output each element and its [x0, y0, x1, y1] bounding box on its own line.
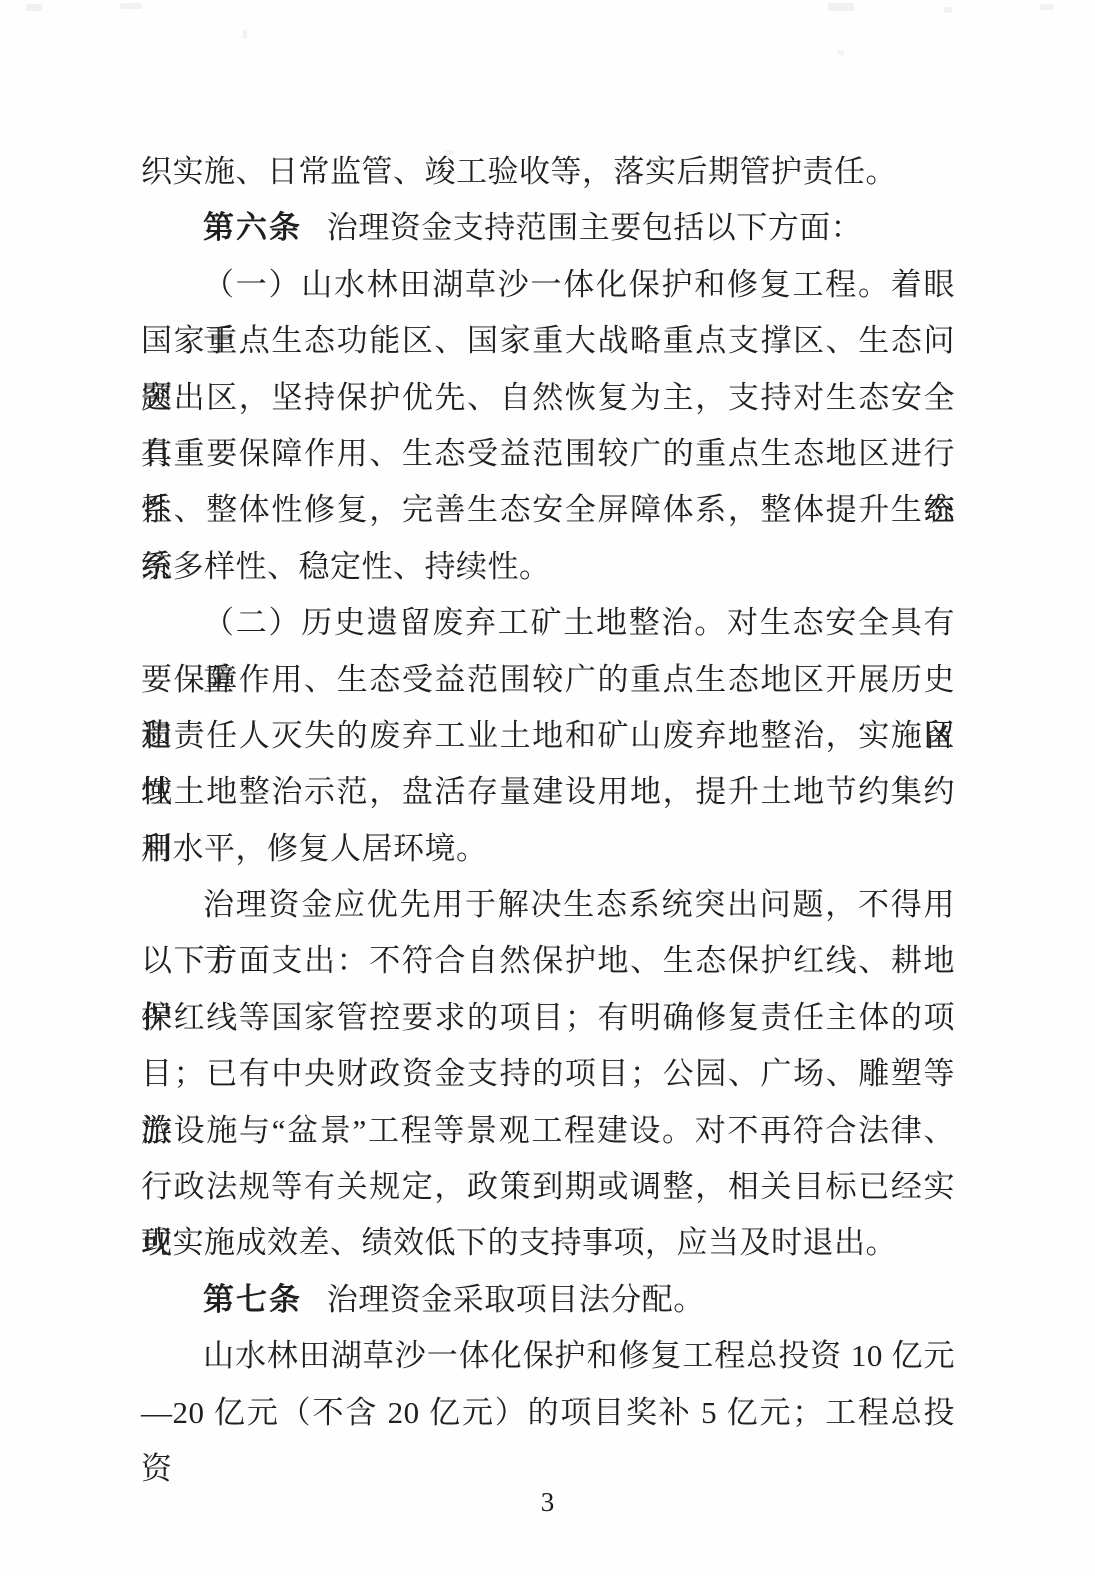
- text-line: 护红线等国家管控要求的项目；有明确修复责任主体的项: [141, 990, 955, 1046]
- scan-speck: [243, 30, 247, 39]
- text-line: 有重要保障作用、生态受益范围较广的重点生态地区进行系统: [141, 426, 955, 482]
- text-line: —20 亿元（不含 20 亿元）的项目奖补 5 亿元；工程总投资: [141, 1385, 955, 1441]
- text-line: 或实施成效差、绩效低下的支持事项，应当及时退出。: [141, 1215, 955, 1271]
- line-text: 或实施成效差、绩效低下的支持事项，应当及时退出。: [141, 1225, 897, 1260]
- text-line: 游设施与“盆景”工程等景观工程建设。对不再符合法律、: [141, 1103, 955, 1159]
- line-text: 织实施、日常监管、竣工验收等，落实后期管护责任。: [141, 154, 897, 189]
- text-line: （一）山水林田湖草沙一体化保护和修复工程。着眼于: [141, 257, 955, 313]
- scan-speck: [1040, 4, 1054, 10]
- line-text: 统多样性、稳定性、持续性。: [141, 549, 551, 584]
- article-number: 第六条: [203, 210, 302, 245]
- text-line: 统多样性、稳定性、持续性。: [141, 539, 955, 595]
- text-line-article-7: 第七条治理资金采取项目法分配。: [141, 1272, 955, 1328]
- line-text: —20 亿元（不含 20 亿元）的项目奖补 5 亿元；工程总投资: [141, 1395, 955, 1486]
- text-line: 要保障作用、生态受益范围较广的重点生态地区开展历史遗留: [141, 652, 955, 708]
- scan-speck: [120, 3, 142, 9]
- text-line: 和责任人灭失的废弃工业土地和矿山废弃地整治，实施区域: [141, 708, 955, 764]
- text-line: 性、整体性修复，完善生态安全屏障体系，整体提升生态系: [141, 482, 955, 538]
- line-text: 山水林田湖草沙一体化保护和修复工程总投资 10 亿元: [203, 1338, 955, 1373]
- scan-speck: [828, 3, 854, 11]
- text-line: 性土地整治示范，盘活存量建设用地，提升土地节约集约利: [141, 764, 955, 820]
- text-line: 突出区，坚持保护优先、自然恢复为主，支持对生态安全具: [141, 370, 955, 426]
- text-line: 织实施、日常监管、竣工验收等，落实后期管护责任。: [141, 144, 955, 200]
- line-text: 治理资金采取项目法分配。: [327, 1282, 705, 1317]
- text-line: 国家重点生态功能区、国家重大战略重点支撑区、生态问题: [141, 313, 955, 369]
- document-page: 织实施、日常监管、竣工验收等，落实后期管护责任。 第六条治理资金支持范围主要包括…: [0, 0, 1095, 1576]
- text-line: 山水林田湖草沙一体化保护和修复工程总投资 10 亿元: [141, 1328, 955, 1384]
- text-line: 用水平，修复人居环境。: [141, 821, 955, 877]
- text-line: 以下方面支出：不符合自然保护地、生态保护红线、耕地保: [141, 933, 955, 989]
- text-line: （二）历史遗留废弃工矿土地整治。对生态安全具有重: [141, 595, 955, 651]
- line-text: 用水平，修复人居环境。: [141, 831, 488, 866]
- line-text: 游设施与“盆景”工程等景观工程建设。对不再符合法律、: [141, 1113, 955, 1148]
- article-number: 第七条: [203, 1282, 302, 1317]
- scan-speck: [944, 7, 952, 13]
- scan-speck: [838, 50, 844, 55]
- text-line: 目；已有中央财政资金支持的项目；公园、广场、雕塑等旅: [141, 1046, 955, 1102]
- text-line: 行政法规等有关规定，政策到期或调整，相关目标已经实现: [141, 1159, 955, 1215]
- document-text-block: 织实施、日常监管、竣工验收等，落实后期管护责任。 第六条治理资金支持范围主要包括…: [141, 144, 955, 1441]
- page-number: 3: [0, 1487, 1095, 1518]
- scan-speck: [26, 4, 42, 11]
- text-line: 治理资金应优先用于解决生态系统突出问题，不得用于: [141, 877, 955, 933]
- text-line-article-6: 第六条治理资金支持范围主要包括以下方面：: [141, 200, 955, 256]
- line-text: 治理资金支持范围主要包括以下方面：: [327, 210, 863, 245]
- line-text: 护红线等国家管控要求的项目；有明确修复责任主体的项: [141, 1000, 955, 1035]
